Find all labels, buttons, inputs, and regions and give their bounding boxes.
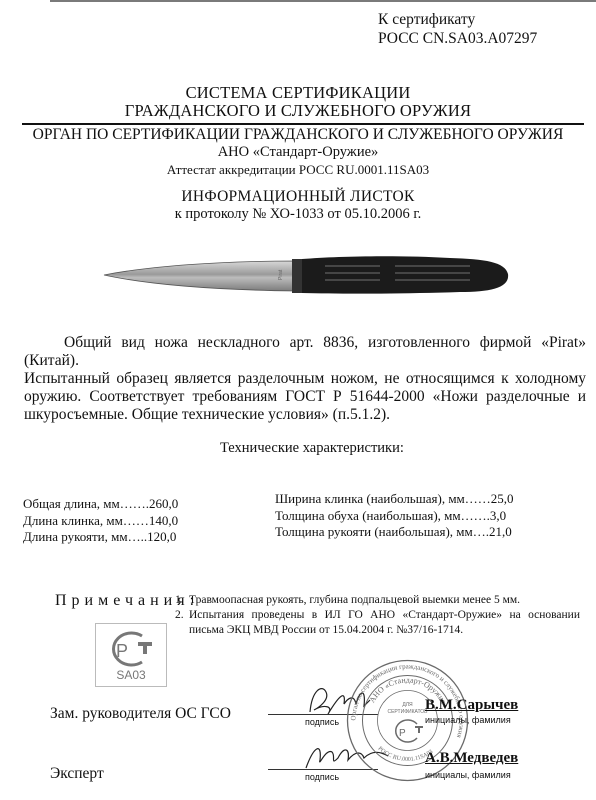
signature-caption: подпись <box>305 772 339 782</box>
system-title-line1: СИСТЕМА СЕРТИФИКАЦИИ <box>0 83 596 103</box>
description-line1: Общий вид ножа нескладного арт. 8836, из… <box>24 334 586 370</box>
spec-handle-thickness: Толщина рукояти (наибольшая), мм….21,0 <box>275 524 514 541</box>
signatory-name-deputy: В.М.Сарычев <box>425 697 518 714</box>
pct-mark-icon: P SA03 <box>96 624 166 686</box>
info-sheet-title: ИНФОРМАЦИОННЫЙ ЛИСТОК <box>0 188 596 206</box>
signatory-name-expert: А.В.Медведев <box>425 750 518 767</box>
top-border <box>50 0 596 2</box>
svg-text:ДЛЯ: ДЛЯ <box>402 702 413 708</box>
name-caption: инициалы, фамилия <box>425 715 511 725</box>
notes-list: 1. Травмоопасная рукоять, глубина подпал… <box>175 593 580 638</box>
certification-logo: P SA03 <box>95 623 167 687</box>
description-paragraph: Общий вид ножа нескладного арт. 8836, из… <box>24 334 586 424</box>
spec-blade-length: Длина клинка, мм……140,0 <box>23 513 178 530</box>
tech-specs-title: Технические характеристики: <box>220 440 404 457</box>
name-caption: инициалы, фамилия <box>425 770 511 780</box>
svg-text:P: P <box>116 641 128 661</box>
spec-handle-length: Длина рукояти, мм…..120,0 <box>23 529 178 546</box>
protocol-reference: к протоколу № ХО-1033 от 05.10.2006 г. <box>0 206 596 223</box>
svg-text:СЕРТИФИКАТОВ: СЕРТИФИКАТОВ <box>387 709 428 715</box>
spec-spine-thickness: Толщина обуха (наибольшая), мм…….3,0 <box>275 508 514 525</box>
note-item: 2. Испытания проведены в ИЛ ГО АНО «Стан… <box>175 608 580 638</box>
attestat-line: Аттестат аккредитации РОСС RU.0001.11SA0… <box>0 162 596 178</box>
specs-left-column: Общая длина, мм…….260,0 Длина клинка, мм… <box>23 496 178 546</box>
header-divider <box>22 123 584 125</box>
signatory-role-deputy: Зам. руководителя ОС ГСО <box>50 705 231 723</box>
ano-name: АНО «Стандарт-Оружие» <box>0 144 596 161</box>
cert-ref-line1: К сертификату <box>378 10 537 29</box>
svg-text:P: P <box>399 728 406 739</box>
spec-total-length: Общая длина, мм…….260,0 <box>23 496 178 513</box>
note-item: 1. Травмоопасная рукоять, глубина подпал… <box>175 593 580 608</box>
signature-caption: подпись <box>305 717 339 727</box>
svg-text:SA03: SA03 <box>116 668 146 682</box>
knife-photo: Pirat <box>100 250 520 305</box>
description-body: Испытанный образец является разделочным … <box>24 370 586 424</box>
organ-title: ОРГАН ПО СЕРТИФИКАЦИИ ГРАЖДАНСКОГО И СЛУ… <box>0 126 596 144</box>
certificate-reference: К сертификату РОСС CN.SA03.A07297 <box>378 10 537 48</box>
spec-blade-width: Ширина клинка (наибольшая), мм……25,0 <box>275 491 514 508</box>
svg-text:Pirat: Pirat <box>278 269 284 280</box>
cert-ref-number: РОСС CN.SA03.A07297 <box>378 29 537 48</box>
specs-right-column: Ширина клинка (наибольшая), мм……25,0 Тол… <box>275 491 514 541</box>
system-title-line2: ГРАЖДАНСКОГО И СЛУЖЕБНОГО ОРУЖИЯ <box>0 101 596 121</box>
signatory-role-expert: Эксперт <box>50 765 104 783</box>
